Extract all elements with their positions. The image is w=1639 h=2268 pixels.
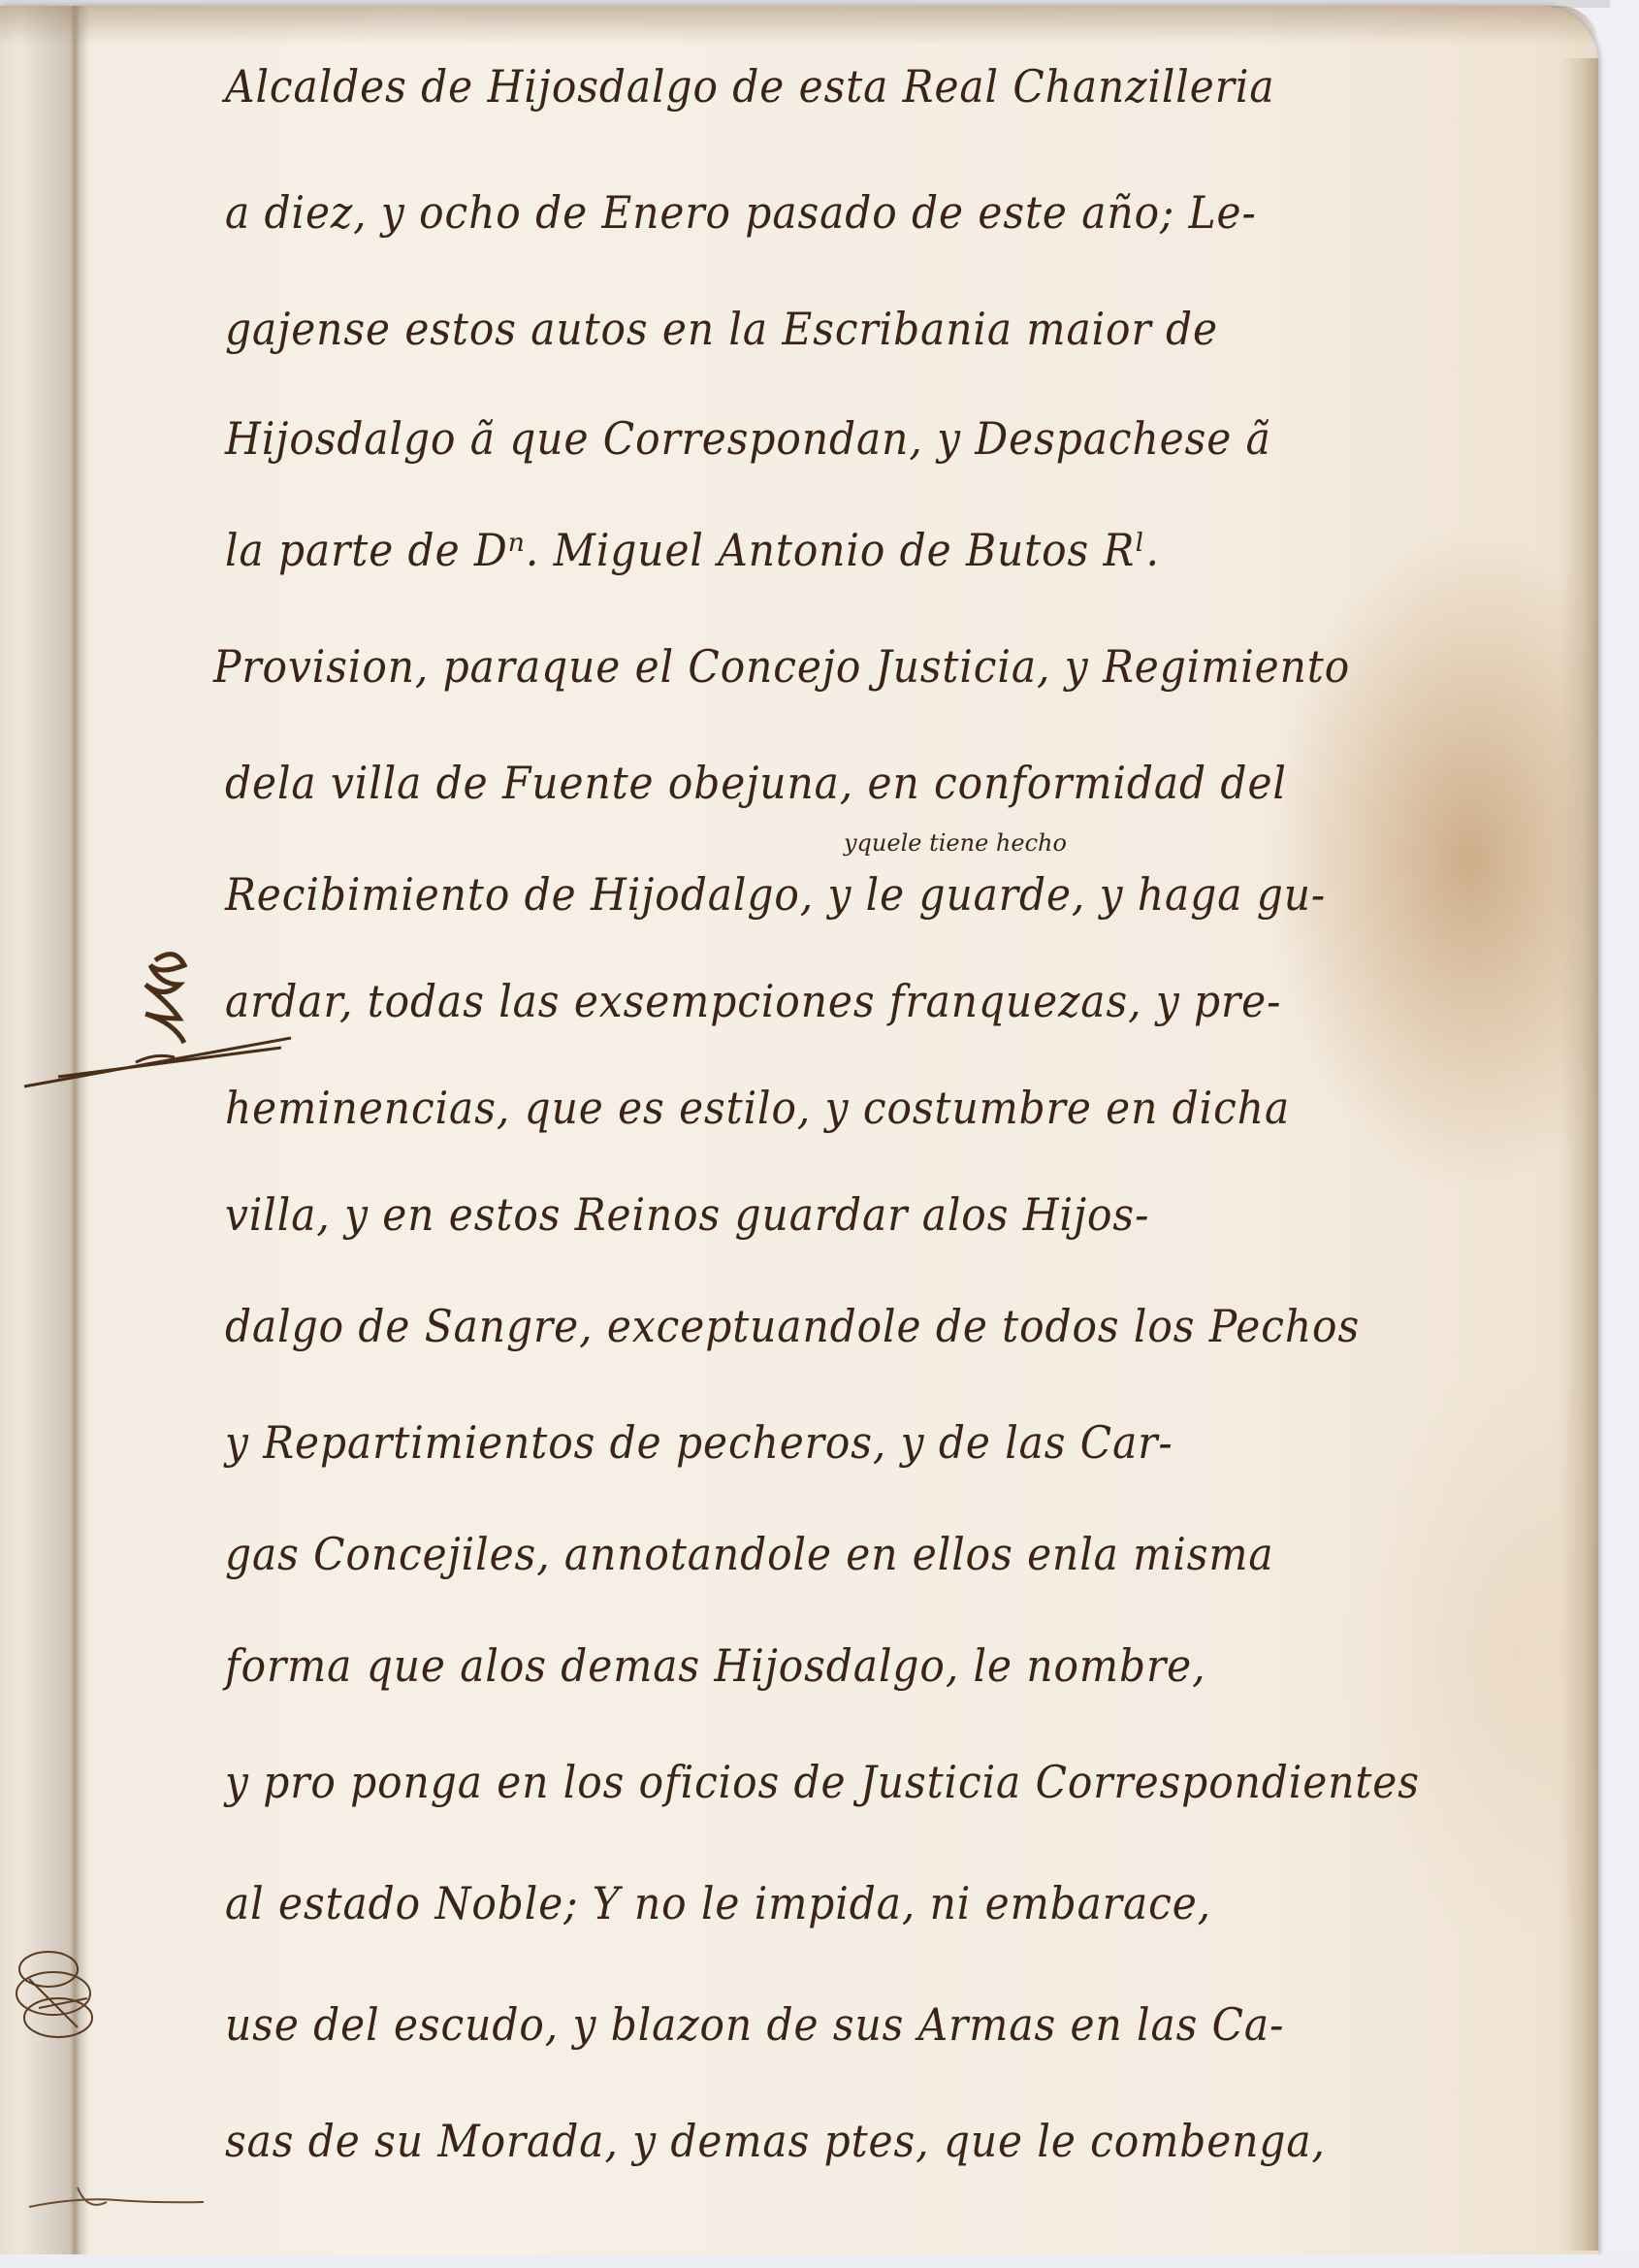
text-line-7: dela villa de Fuente obejuna, en conform… — [225, 757, 1287, 809]
text-line-16: y pro ponga en los oficios de Justicia C… — [225, 1756, 1420, 1808]
margin-small-flourish-icon — [19, 2173, 213, 2221]
text-line-13: y Repartimientos de pecheros, y de las C… — [225, 1416, 1173, 1469]
text-line-11: villa, y en estos Reinos guardar alos Hi… — [225, 1188, 1149, 1241]
text-line-6: Provision, paraque el Concejo Justicia, … — [213, 640, 1350, 693]
frayed-right-edge — [1561, 58, 1598, 2251]
text-line-15: forma que alos demas Hijosdalgo, le nomb… — [225, 1639, 1205, 1692]
binding-fold-line — [70, 6, 80, 2254]
text-line-9: ardar, todas las exsempciones franquezas… — [225, 975, 1281, 1027]
text-line-18: use del escudo, y blazon de sus Armas en… — [225, 1998, 1284, 2051]
torn-top-edge — [0, 6, 1598, 45]
margin-rubric-flourish-icon — [19, 941, 310, 1096]
text-line-5: la parte de Dⁿ. Miguel Antonio de Butos … — [225, 524, 1160, 576]
text-line-10: heminencias, que es estilo, y costumbre … — [225, 1082, 1290, 1134]
interlinear-insertion: yquele tiene hecho — [844, 829, 1067, 857]
text-line-4: Hijosdalgo ã que Correspondan, y Despach… — [225, 412, 1271, 465]
text-line-8: Recibimiento de Hijodalgo, y le guarde, … — [225, 868, 1326, 921]
text-line-3: gajense estos autos en la Escribania mai… — [225, 303, 1218, 355]
text-line-17: al estado Noble; Y no le impida, ni emba… — [225, 1877, 1211, 1929]
text-line-12: dalgo de Sangre, exceptuandole de todos … — [225, 1300, 1360, 1352]
text-line-1: Alcaldes de Hijosdalgo de esta Real Chan… — [225, 60, 1274, 113]
margin-loop-flourish-icon — [10, 1940, 97, 2047]
text-line-14: gas Concejiles, annotandole en ellos enl… — [225, 1528, 1274, 1580]
bottom-bar — [0, 2254, 1639, 2268]
text-line-19: sas de su Morada, y demas ptes, que le c… — [225, 2115, 1326, 2167]
text-line-2: a diez, y ocho de Enero pasado de este a… — [225, 186, 1257, 239]
